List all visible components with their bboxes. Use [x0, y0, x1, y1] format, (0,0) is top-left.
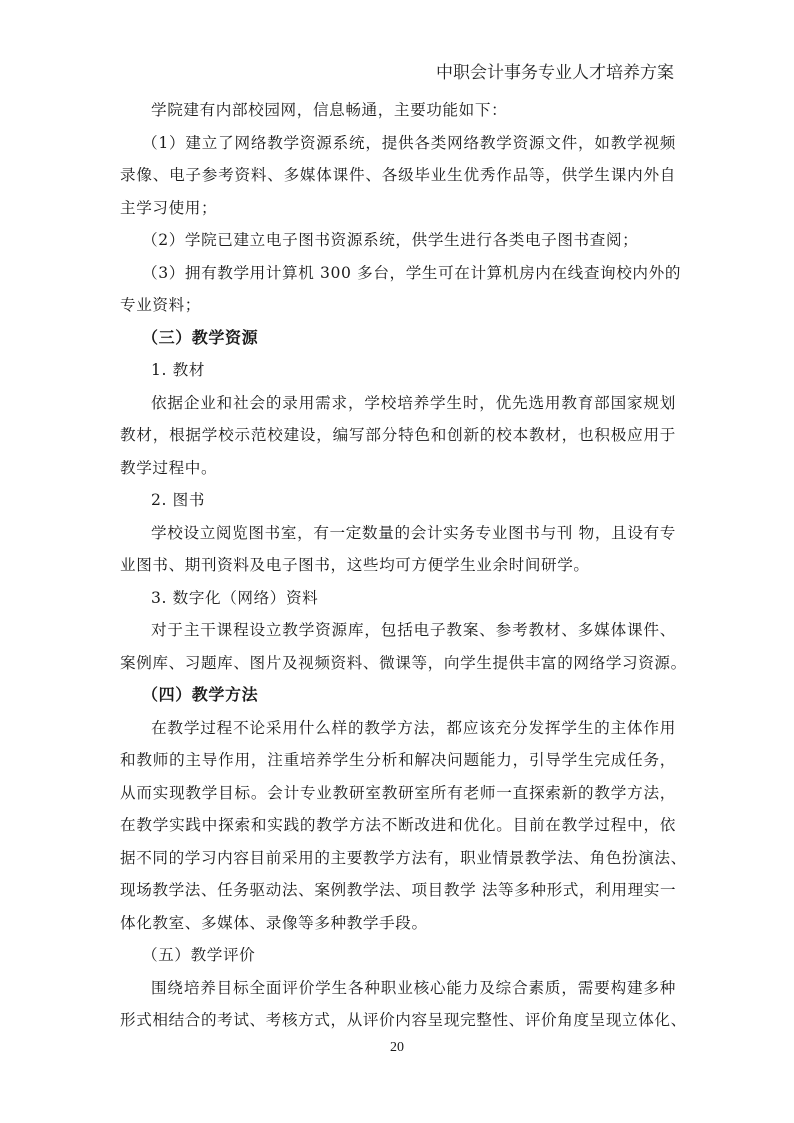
paragraph-line: 体化教室、多媒体、录像等多种教学手段。: [120, 907, 676, 940]
paragraph-line: 从而实现教学目标。会计专业教研室教研室所有老师一直探索新的教学方法，: [120, 777, 676, 810]
paragraph-line: 形式相结合的考试、考核方式，从评价内容呈现完整性、评价角度呈现立体化、: [120, 1004, 676, 1037]
paragraph-line: （1）建立了网络教学资源系统，提供各类网络教学资源文件，如教学视频: [120, 127, 676, 160]
paragraph-line: 现场教学法、任务驱动法、案例教学法、项目教学 法等多种形式，利用理实一: [120, 874, 676, 907]
section-heading: （四）教学方法: [120, 679, 676, 712]
paragraph-line: 业图书、期刊资料及电子图书，这些均可方便学生业余时间研学。: [120, 549, 676, 582]
paragraph-line: 依据企业和社会的录用需求，学校培养学生时，优先选用教育部国家规划: [120, 387, 676, 420]
paragraph-line: （2）学院已建立电子图书资源系统，供学生进行各类电子图书查阅；: [120, 224, 676, 257]
paragraph-line: 对于主干课程设立教学资源库，包括电子教案、参考教材、多媒体课件、: [120, 614, 676, 647]
paragraph-line: 在教学过程不论采用什么样的教学方法，都应该充分发挥学生的主体作用: [120, 712, 676, 745]
page-number: 20: [0, 1040, 794, 1056]
paragraph-line: （3）拥有教学用计算机 300 多台，学生可在计算机房内在线查询校内外的: [120, 257, 676, 290]
paragraph-line: 3. 数字化（网络）资料: [120, 582, 676, 615]
paragraph-line: 在教学实践中探索和实践的教学方法不断改进和优化。目前在教学过程中，依: [120, 809, 676, 842]
paragraph-line: 录像、电子参考资料、多媒体课件、各级毕业生优秀作品等，供学生课内外自: [120, 159, 676, 192]
document-body: 学院建有内部校园网，信息畅通，主要功能如下：（1）建立了网络教学资源系统，提供各…: [120, 94, 676, 1037]
paragraph-line: 据不同的学习内容目前采用的主要教学方法有，职业情景教学法、角色扮演法、: [120, 842, 676, 875]
paragraph-line: 主学习使用；: [120, 192, 676, 225]
paragraph-line: 1. 教材: [120, 354, 676, 387]
paragraph-line: 2. 图书: [120, 484, 676, 517]
paragraph-line: 围绕培养目标全面评价学生各种职业核心能力及综合素质，需要构建多种: [120, 972, 676, 1005]
paragraph-line: 专业资料；: [120, 289, 676, 322]
paragraph-line: 教材，根据学校示范校建设，编写部分特色和创新的校本教材，也积极应用于: [120, 419, 676, 452]
paragraph-line: 和教师的主导作用，注重培养学生分析和解决问题能力，引导学生完成任务，: [120, 744, 676, 777]
paragraph-line: 教学过程中。: [120, 452, 676, 485]
paragraph-line: 学校设立阅览图书室，有一定数量的会计实务专业图书与刊 物，且设有专: [120, 517, 676, 550]
section-heading: （五）教学评价: [120, 939, 676, 972]
running-header: 中职会计事务专业人才培养方案: [436, 58, 674, 83]
paragraph-line: 学院建有内部校园网，信息畅通，主要功能如下：: [120, 94, 676, 127]
paragraph-line: 案例库、习题库、图片及视频资料、微课等，向学生提供丰富的网络学习资源。: [120, 647, 676, 680]
section-heading: （三）教学资源: [120, 322, 676, 355]
